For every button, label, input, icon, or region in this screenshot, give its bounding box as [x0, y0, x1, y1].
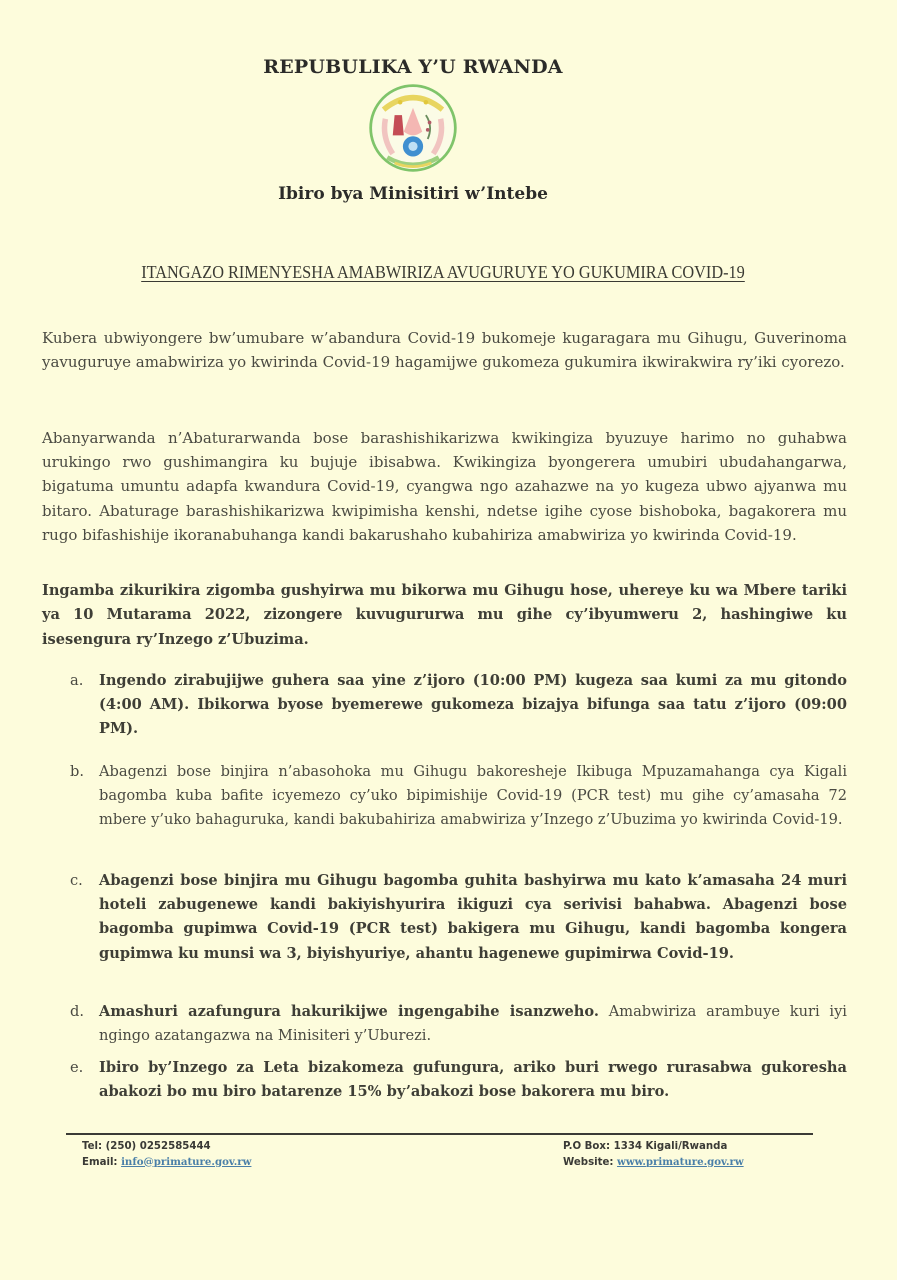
country-name: REPUBULIKA Y’U RWANDA: [0, 56, 826, 78]
email-label: Email:: [82, 1157, 118, 1168]
email-link[interactable]: info@primature.gov.rw: [121, 1156, 251, 1168]
measure-item: d. Amashuri azafungura hakurikijwe ingen…: [70, 1000, 847, 1048]
intro-paragraph: Kubera ubwiyongere bw’umubare w’abandura…: [42, 326, 847, 374]
list-marker: b.: [70, 760, 84, 784]
measure-text: Abagenzi bose binjira n’abasohoka mu Gih…: [99, 763, 847, 828]
measure-item: a. Ingendo zirabujijwe guhera saa yine z…: [70, 669, 847, 742]
footer-contact-right: P.O Box: 1334 Kigali/Rwanda Website: www…: [563, 1139, 744, 1170]
measure-item: e. Ibiro by’Inzego za Leta bizakomeza gu…: [70, 1056, 847, 1104]
measure-bold-text: Ingendo zirabujijwe guhera saa yine z’ij…: [99, 672, 847, 737]
measure-bold-text: Amashuri azafungura hakurikijwe ingengab…: [99, 1003, 599, 1020]
list-marker: a.: [70, 669, 83, 693]
list-marker: c.: [70, 869, 83, 893]
tel-label: Tel:: [82, 1141, 102, 1152]
pobox-value: 1334 Kigali/Rwanda: [614, 1141, 728, 1152]
measure-item: c. Abagenzi bose binjira mu Gihugu bagom…: [70, 869, 847, 966]
list-marker: e.: [70, 1056, 83, 1080]
list-marker: d.: [70, 1000, 84, 1024]
footer-contact-left: Tel: (250) 0252585444 Email: info@primat…: [82, 1139, 251, 1170]
office-name: Ibiro bya Minisitiri w’Intebe: [0, 184, 826, 204]
measure-bold-text: Ibiro by’Inzego za Leta bizakomeza gufun…: [99, 1059, 847, 1100]
measures-intro-paragraph: Ingamba zikurikira zigomba gushyirwa mu …: [42, 579, 847, 652]
website-link[interactable]: www.primature.gov.rw: [617, 1156, 744, 1168]
vaccination-paragraph: Abanyarwanda n’Abaturarwanda bose barash…: [42, 426, 847, 547]
document-page: REPUBULIKA Y’U RWANDA Ibiro bya Minisiti…: [0, 0, 897, 1280]
coat-of-arms-icon: [367, 82, 459, 174]
tel-value: (250) 0252585444: [106, 1141, 211, 1152]
website-label: Website:: [563, 1157, 614, 1168]
measure-bold-text: Abagenzi bose binjira mu Gihugu bagomba …: [99, 872, 847, 962]
measure-item: b. Abagenzi bose binjira n’abasohoka mu …: [70, 760, 847, 833]
footer-divider: [66, 1133, 813, 1135]
pobox-label: P.O Box:: [563, 1141, 610, 1152]
announcement-title: ITANGAZO RIMENYESHA AMABWIRIZA AVUGURUYE…: [31, 262, 855, 283]
